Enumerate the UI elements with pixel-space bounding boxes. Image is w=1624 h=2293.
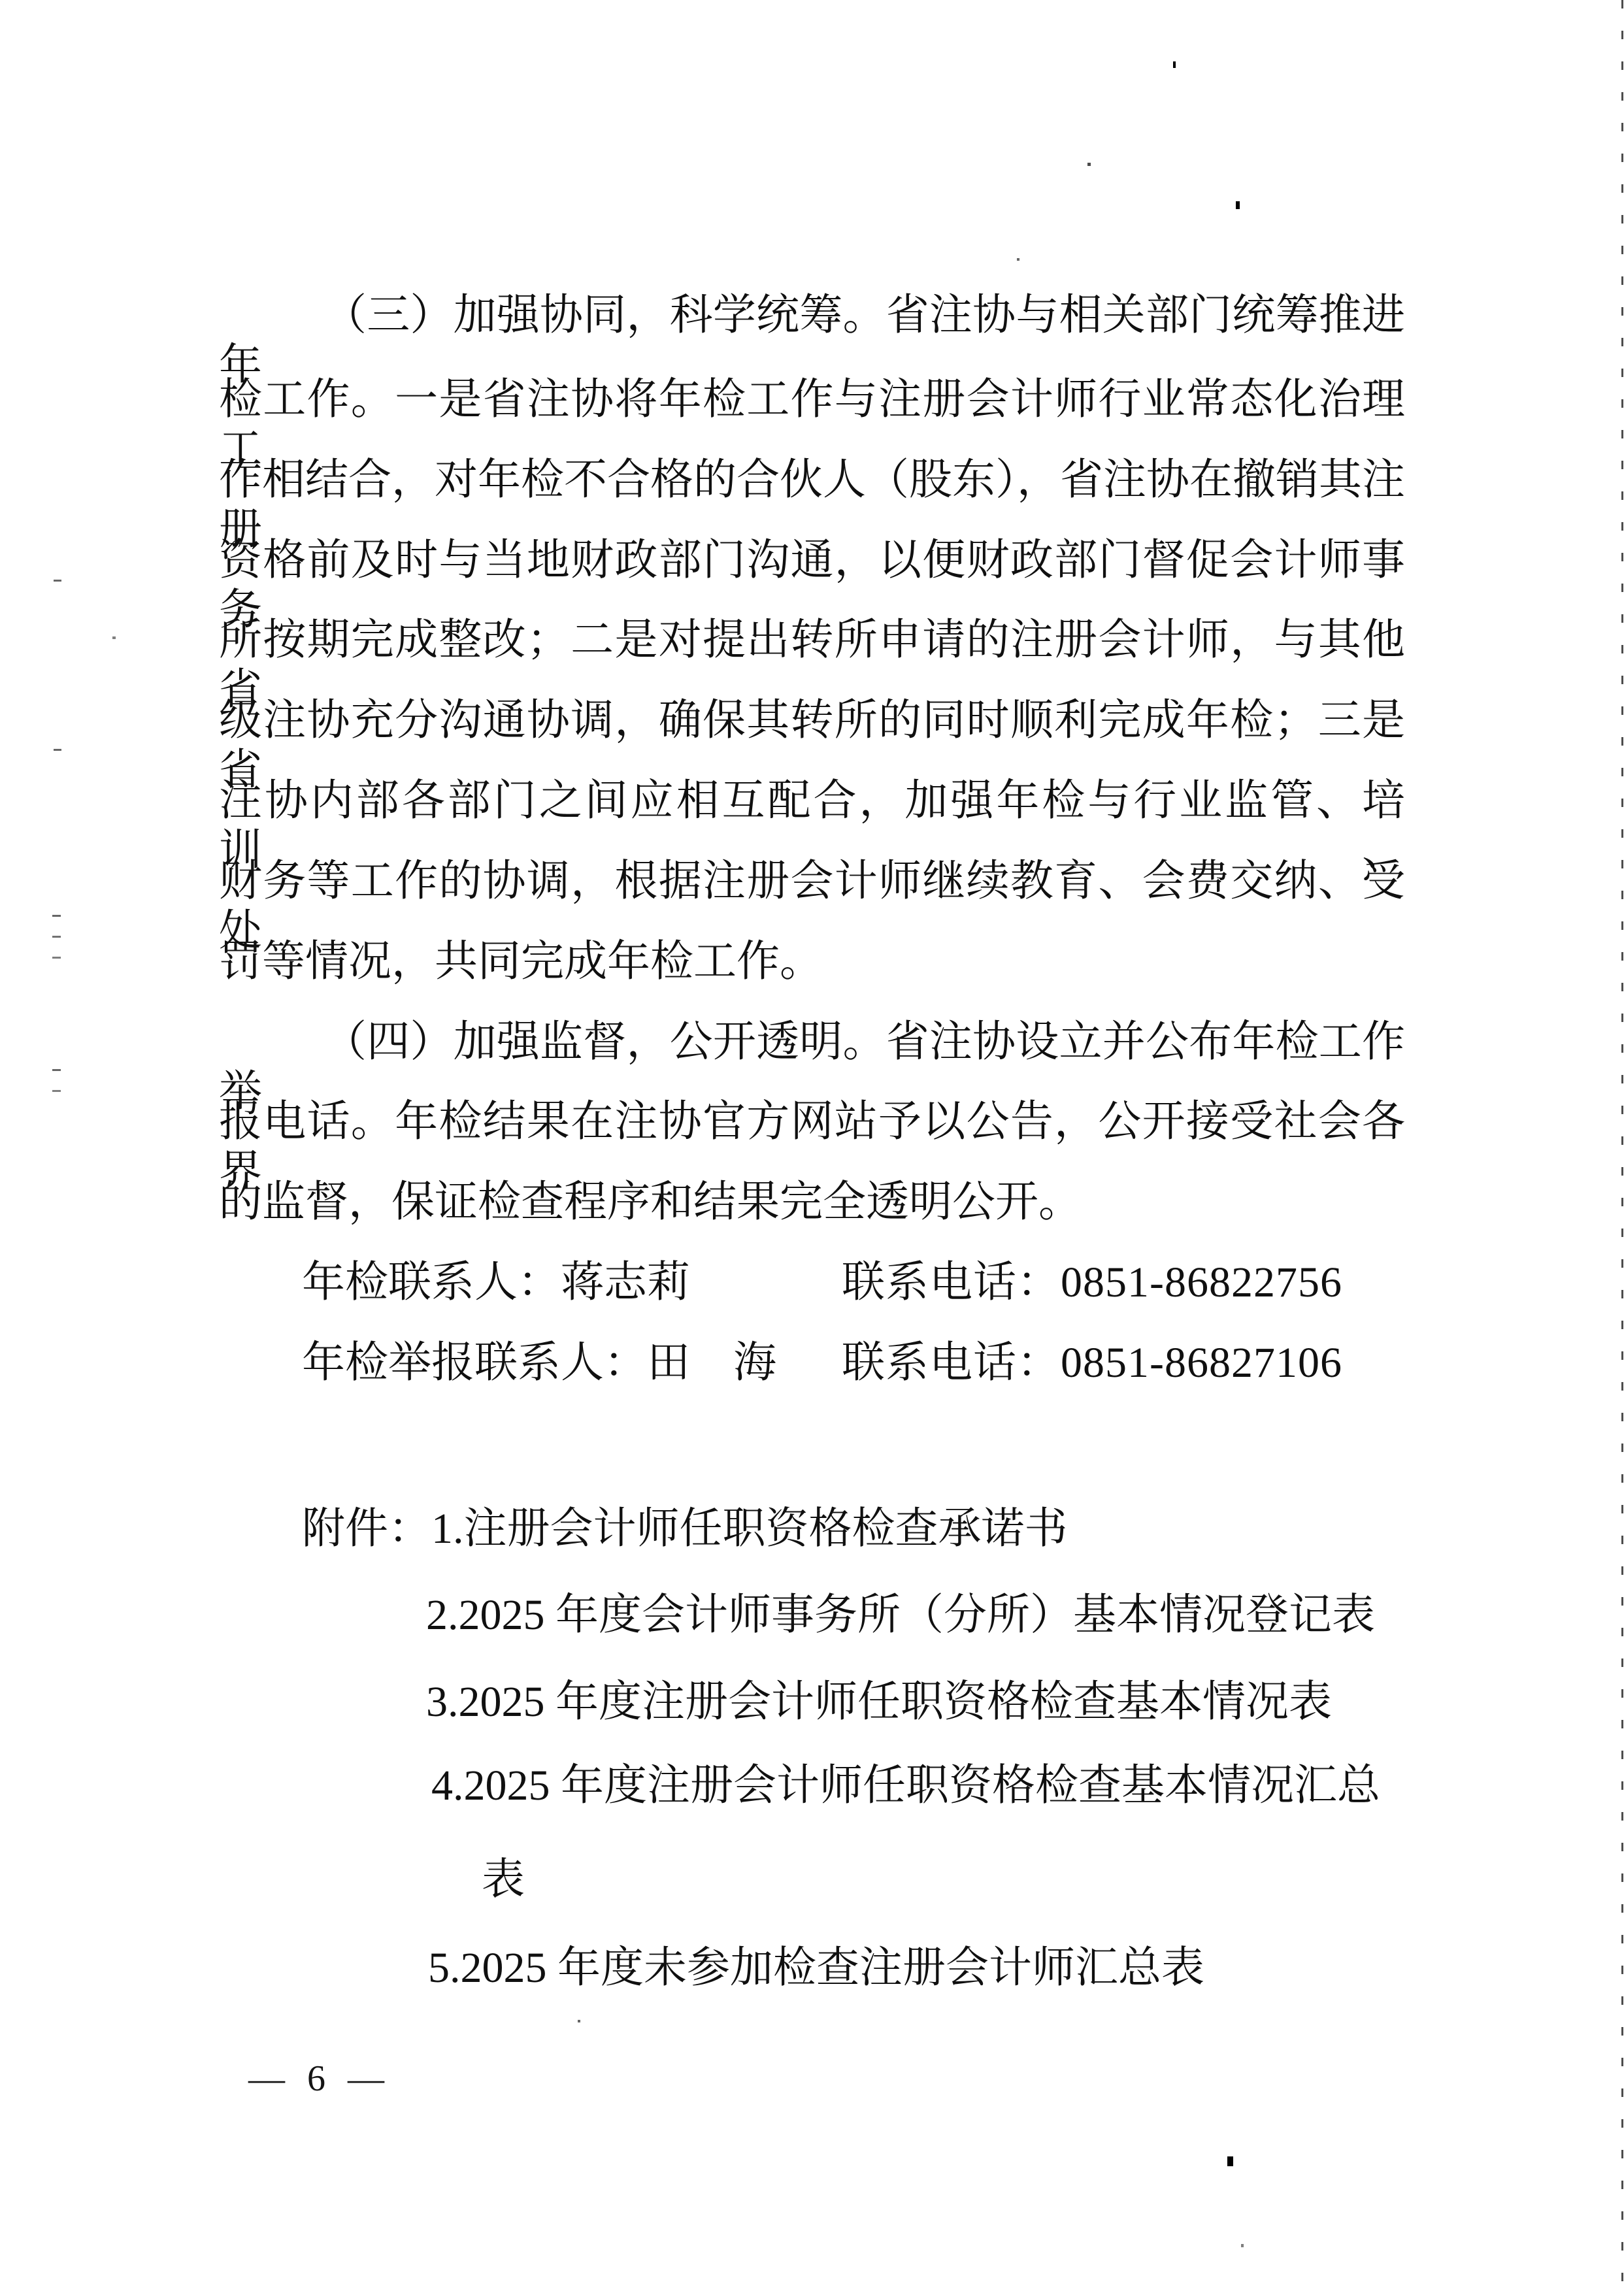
scan-speck bbox=[112, 636, 116, 639]
scan-speck bbox=[1017, 258, 1019, 261]
body-line: 作相结合，对年检不合格的合伙人（股东），省注协在撤销其注册 bbox=[219, 455, 1405, 505]
scan-speck bbox=[1227, 2156, 1233, 2166]
contact-phone: 联系电话：0851-86827106 bbox=[842, 1338, 1342, 1388]
body-line: 财务等工作的协调，根据注册会计师继续教育、会费交纳、受处 bbox=[219, 857, 1405, 906]
body-line: 报电话。年检结果在注协官方网站予以公告，公开接受社会各界 bbox=[219, 1097, 1405, 1147]
scan-speck bbox=[1241, 2244, 1244, 2247]
scan-speck bbox=[52, 1090, 61, 1092]
contact-phone: 联系电话：0851-86822756 bbox=[842, 1258, 1342, 1308]
scan-speck bbox=[1173, 61, 1176, 68]
attachment-item: 4.2025 年度注册会计师任职资格检查基本情况汇总 bbox=[431, 1761, 1380, 1811]
body-line: 级注协充分沟通协调，确保其转所的同时顺利完成年检；三是省 bbox=[219, 696, 1405, 746]
body-line: （三）加强协同，科学统筹。省注协与相关部门统筹推进年 bbox=[219, 291, 1405, 340]
body-line: 注协内部各部门之间应相互配合，加强年检与行业监管、培训、 bbox=[219, 776, 1405, 826]
attachment-item: 5.2025 年度未参加检查注册会计师汇总表 bbox=[428, 1943, 1204, 1993]
scan-noise-edge bbox=[1621, 0, 1623, 2293]
scan-speck bbox=[52, 957, 61, 959]
scan-speck bbox=[578, 2020, 580, 2022]
contact-name: 年检举报联系人：田 海 bbox=[302, 1338, 776, 1388]
scan-speck bbox=[1087, 163, 1091, 166]
body-line: 资格前及时与当地财政部门沟通，以便财政部门督促会计师事务 bbox=[219, 536, 1405, 586]
scanned-document-page: （三）加强协同，科学统筹。省注协与相关部门统筹推进年 检工作。一是省注协将年检工… bbox=[0, 0, 1624, 2293]
scan-speck bbox=[1236, 201, 1240, 209]
scan-speck bbox=[52, 915, 61, 917]
body-line: 的监督，保证检查程序和结果完全透明公开。 bbox=[219, 1178, 1405, 1227]
attachments-lead: 附件：1.注册会计师任职资格检查承诺书 bbox=[302, 1504, 1068, 1554]
page-number: — 6 — bbox=[248, 2056, 391, 2102]
body-line: （四）加强监督，公开透明。省注协设立并公布年检工作举 bbox=[219, 1017, 1405, 1067]
contact-row: 年检举报联系人：田 海 联系电话：0851-86827106 bbox=[219, 1338, 1405, 1388]
scan-speck bbox=[54, 749, 61, 751]
attachment-item: 3.2025 年度注册会计师任职资格检查基本情况表 bbox=[426, 1677, 1332, 1727]
body-line: 所按期完成整改；二是对提出转所申请的注册会计师，与其他省 bbox=[219, 616, 1405, 665]
attachment-item-continuation: 表 bbox=[482, 1855, 525, 1905]
scan-speck bbox=[52, 936, 61, 938]
body-line: 罚等情况，共同完成年检工作。 bbox=[219, 937, 1405, 987]
contact-name: 年检联系人：蒋志莉 bbox=[302, 1258, 690, 1308]
attachment-item: 2.2025 年度会计师事务所（分所）基本情况登记表 bbox=[426, 1591, 1375, 1640]
scan-speck bbox=[54, 580, 61, 582]
scan-speck bbox=[52, 1069, 61, 1071]
contact-row: 年检联系人：蒋志莉 联系电话：0851-86822756 bbox=[219, 1258, 1405, 1308]
body-line: 检工作。一是省注协将年检工作与注册会计师行业常态化治理工 bbox=[219, 375, 1405, 425]
